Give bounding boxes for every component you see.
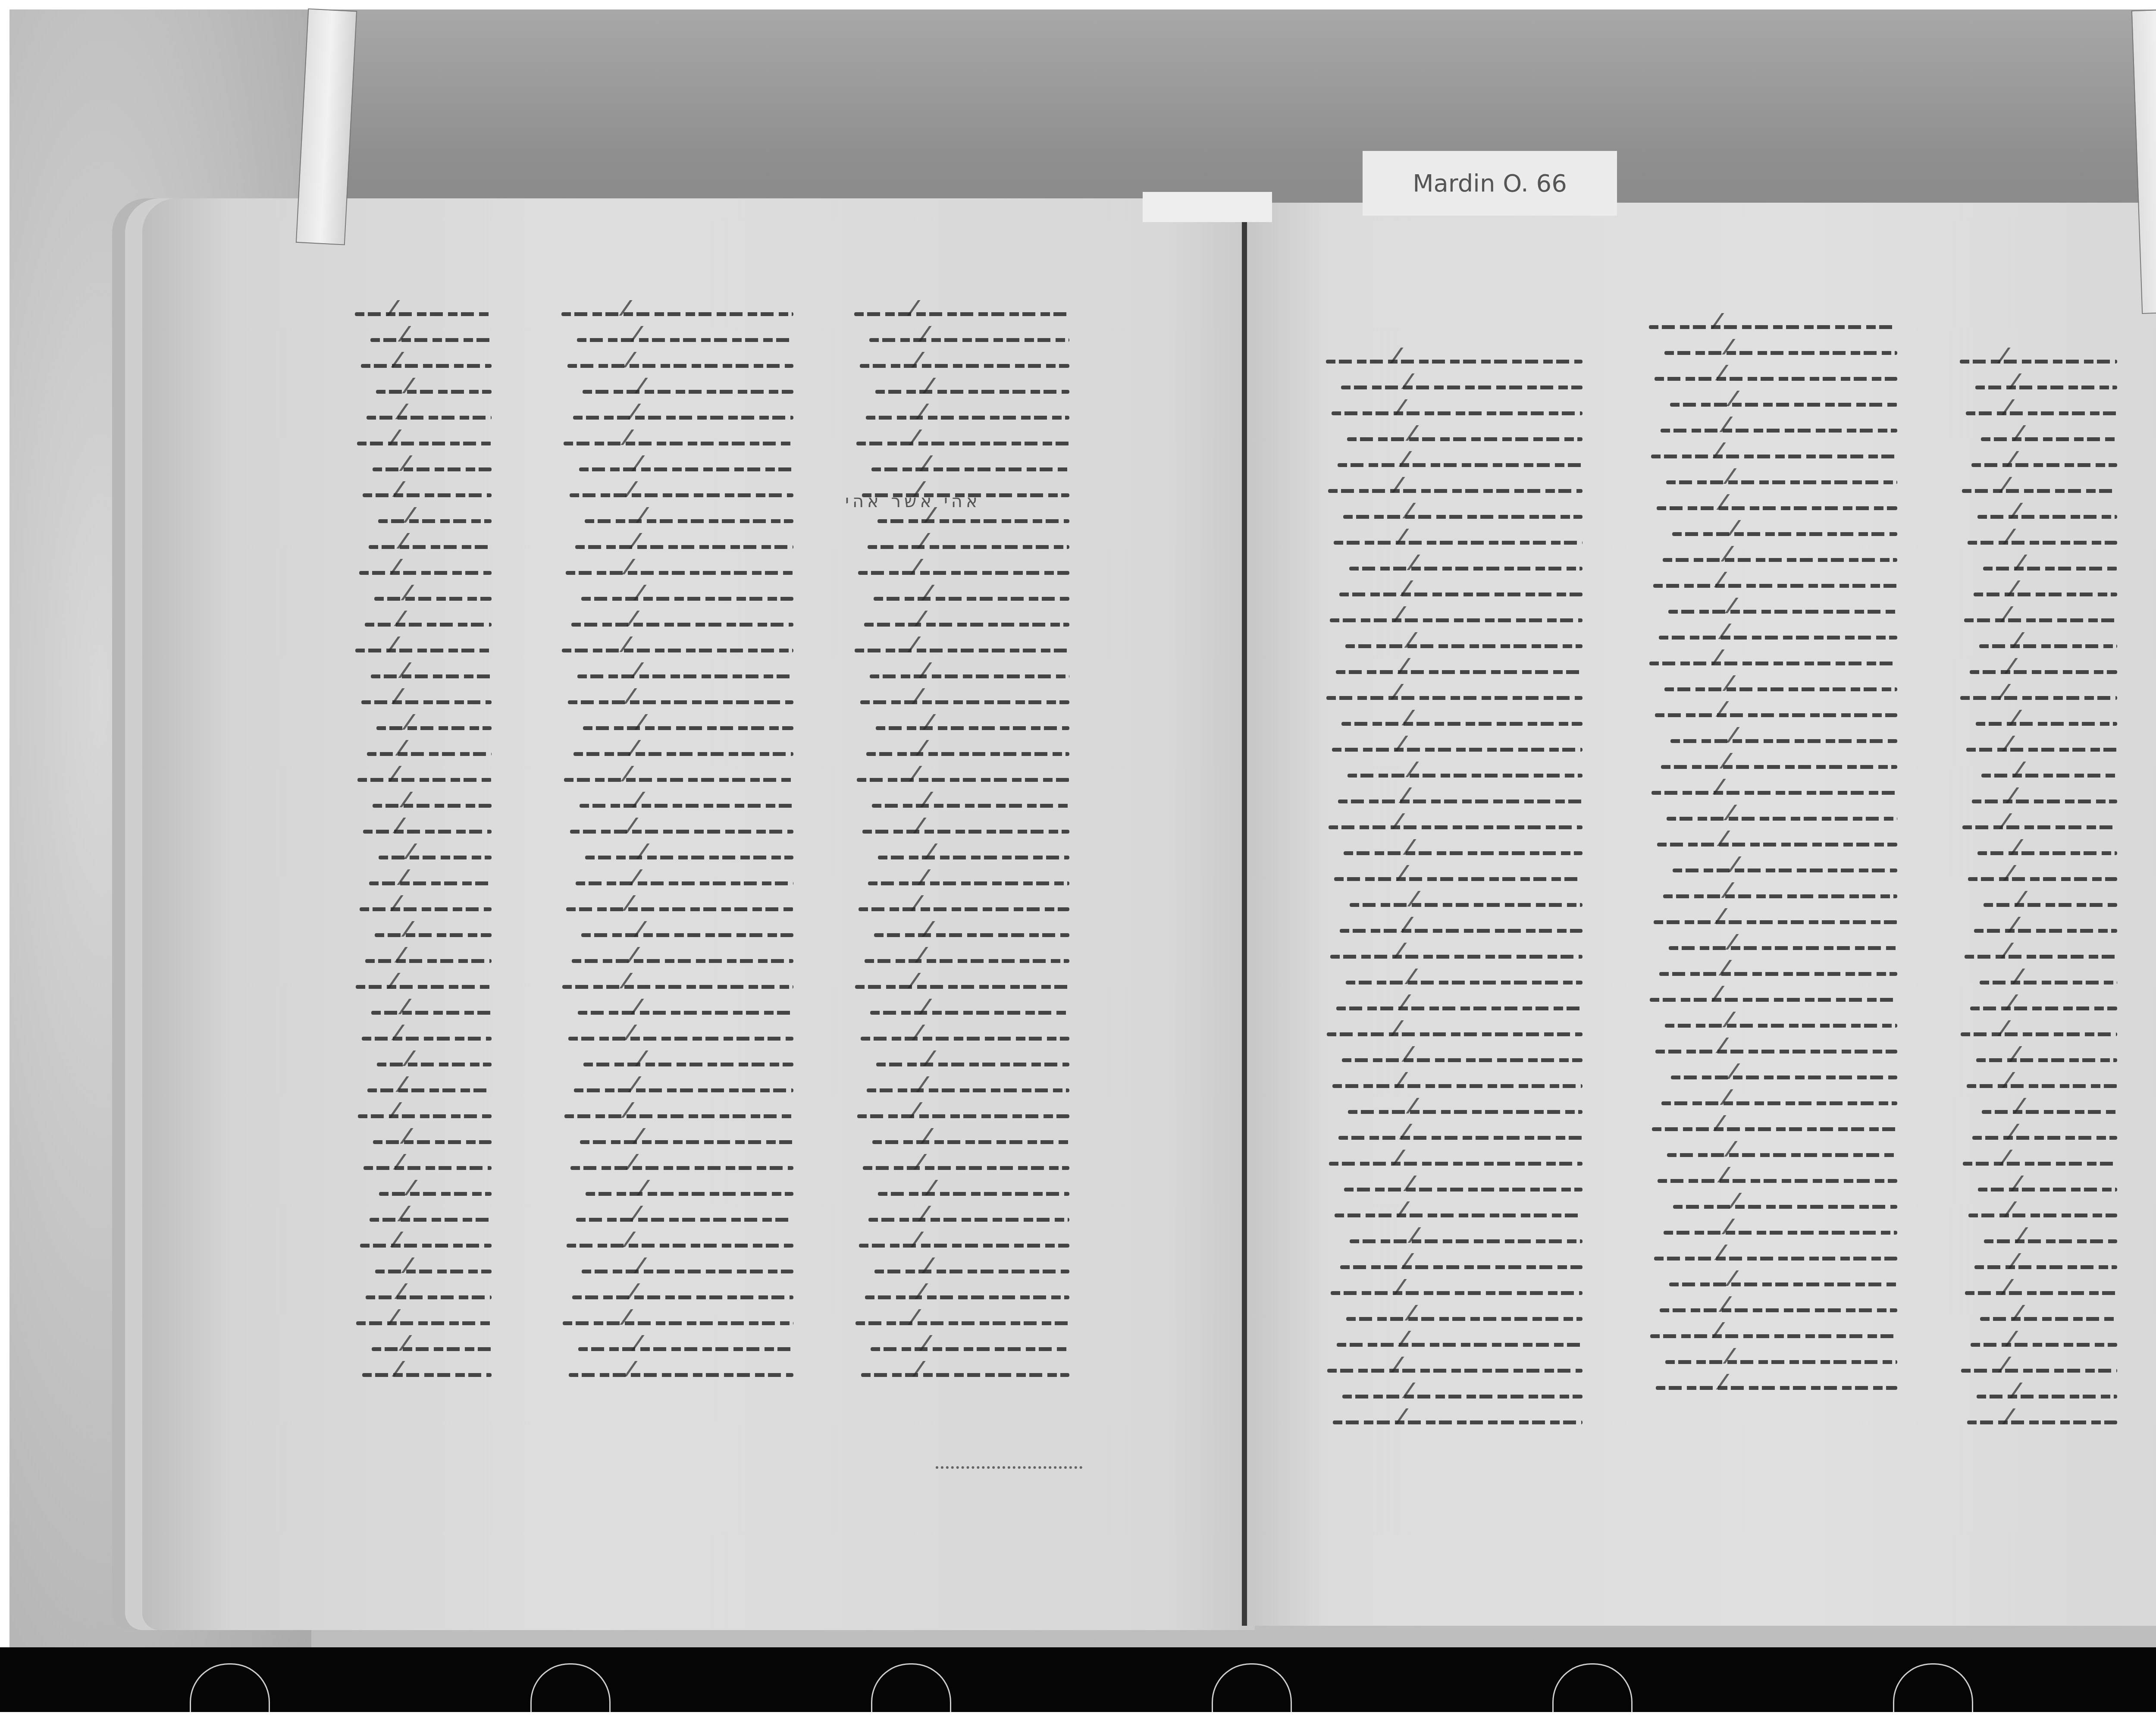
script-line	[563, 1281, 793, 1307]
script-line	[1334, 837, 1583, 862]
script-line	[1323, 526, 1583, 552]
photo-border	[0, 1712, 2156, 1734]
script-line	[357, 1358, 492, 1384]
script-line	[573, 1255, 793, 1281]
script-line	[1974, 1302, 2117, 1328]
script-line	[1975, 423, 2117, 448]
script-line	[557, 893, 793, 919]
script-line	[1324, 862, 1583, 888]
script-line	[372, 1048, 492, 1074]
script-line	[1969, 371, 2117, 397]
script-line	[564, 401, 793, 427]
script-line	[1333, 500, 1583, 526]
script-line	[1959, 1276, 2117, 1302]
script-line	[1962, 526, 2117, 552]
script-line	[1335, 630, 1583, 655]
script-line	[1977, 552, 2117, 578]
script-line	[552, 298, 793, 323]
script-line	[858, 737, 1069, 763]
script-line	[1958, 940, 2117, 966]
script-line	[863, 453, 1069, 479]
script-line	[352, 1100, 492, 1126]
script-line	[354, 1229, 492, 1255]
script-line	[1654, 1216, 1897, 1242]
script-line	[1964, 992, 2117, 1018]
script-line	[1651, 414, 1897, 440]
script-line	[859, 530, 1069, 556]
script-line	[1316, 681, 1583, 707]
script-line	[351, 1307, 492, 1333]
script-line	[552, 634, 793, 660]
right-page-column-3	[1953, 345, 2117, 1432]
script-line	[1968, 578, 2117, 604]
script-line	[868, 1048, 1069, 1074]
script-line	[1324, 1199, 1583, 1225]
paper-slip	[1143, 192, 1272, 222]
script-line	[355, 349, 492, 375]
script-line	[352, 763, 492, 789]
script-line	[1974, 966, 2117, 992]
left-page-column-1	[349, 298, 492, 1384]
script-line	[357, 479, 492, 505]
script-line	[1962, 1199, 2117, 1225]
script-line	[1639, 983, 1897, 1009]
script-line	[864, 1126, 1069, 1151]
shelfmark-text: Mardin O. 66	[1413, 169, 1567, 198]
script-line	[568, 323, 793, 349]
script-line	[1965, 448, 2117, 474]
script-line	[1643, 906, 1897, 931]
script-line	[577, 841, 793, 867]
script-line	[1340, 1225, 1583, 1251]
script-line	[360, 944, 492, 970]
script-line	[846, 634, 1069, 660]
script-line	[1326, 992, 1583, 1018]
script-line	[374, 841, 492, 867]
script-line	[1966, 785, 2117, 811]
script-line	[1972, 1173, 2117, 1199]
script-line	[1978, 888, 2117, 914]
script-line	[1319, 604, 1583, 630]
script-line	[559, 1022, 793, 1048]
script-line	[1661, 388, 1897, 414]
script-line	[374, 1177, 492, 1203]
script-line	[854, 1151, 1069, 1177]
script-line	[368, 789, 492, 815]
script-line	[571, 1126, 793, 1151]
script-line	[360, 608, 492, 634]
script-line	[1971, 1380, 2117, 1406]
script-line	[846, 1307, 1069, 1333]
script-line	[847, 427, 1069, 453]
script-line	[568, 660, 793, 686]
script-line	[1655, 1009, 1897, 1035]
script-line	[558, 349, 793, 375]
script-line	[848, 1100, 1069, 1126]
script-line	[1330, 1251, 1583, 1276]
script-line	[1326, 655, 1583, 681]
script-line	[1663, 854, 1897, 880]
script-line	[1661, 724, 1897, 750]
script-line	[555, 763, 793, 789]
script-line	[1660, 1268, 1897, 1294]
script-line	[565, 1074, 793, 1100]
script-line	[1641, 776, 1897, 802]
script-line	[1331, 371, 1583, 397]
script-line	[569, 1333, 793, 1358]
script-line	[567, 867, 793, 893]
script-line	[1329, 578, 1583, 604]
script-line	[1644, 1242, 1897, 1268]
script-line	[562, 608, 793, 634]
script-line	[1955, 1354, 2117, 1380]
script-line	[351, 427, 492, 453]
script-line	[1655, 673, 1897, 699]
script-line	[358, 815, 492, 841]
script-line	[368, 1126, 492, 1151]
script-line	[1338, 759, 1583, 785]
script-line	[852, 1358, 1069, 1384]
script-line	[1641, 440, 1897, 466]
script-line	[1322, 1406, 1583, 1432]
script-line	[868, 712, 1069, 737]
script-line	[1649, 621, 1897, 647]
script-line	[1960, 1069, 2117, 1095]
script-line	[861, 323, 1069, 349]
script-line	[1961, 1406, 2117, 1432]
script-line	[848, 763, 1069, 789]
script-line	[1639, 647, 1897, 673]
script-line	[856, 1281, 1069, 1307]
script-line	[851, 349, 1069, 375]
script-line	[1640, 1320, 1897, 1345]
script-line	[1955, 474, 2117, 500]
script-line	[1336, 1302, 1583, 1328]
script-line	[864, 789, 1069, 815]
script-line	[1651, 750, 1897, 776]
script-line	[860, 867, 1069, 893]
script-line	[1340, 888, 1583, 914]
script-line	[364, 1203, 492, 1229]
script-line	[1976, 759, 2117, 785]
script-line	[854, 815, 1069, 841]
script-line	[852, 686, 1069, 712]
script-line	[846, 970, 1069, 996]
script-line	[349, 298, 492, 323]
script-line	[367, 453, 492, 479]
script-line	[850, 1229, 1069, 1255]
script-line	[1656, 1345, 1897, 1371]
script-line	[1332, 707, 1583, 733]
script-line	[1661, 1061, 1897, 1087]
script-line	[553, 1307, 793, 1333]
script-line	[1959, 397, 2117, 423]
script-line	[365, 323, 492, 349]
script-line	[1954, 1018, 2117, 1044]
script-line	[1321, 397, 1583, 423]
script-line	[354, 556, 492, 582]
script-line	[366, 660, 492, 686]
script-line	[1647, 828, 1897, 854]
script-line	[350, 970, 492, 996]
sprocket-hole	[1212, 1663, 1292, 1712]
script-line	[1954, 681, 2117, 707]
sprocket-hole	[1893, 1663, 1973, 1712]
script-line	[1655, 336, 1897, 362]
script-line	[1978, 1225, 2117, 1251]
left-page-column-3	[845, 298, 1069, 1384]
script-line	[372, 712, 492, 737]
script-line	[567, 1203, 793, 1229]
script-line	[574, 712, 793, 737]
script-line	[1330, 914, 1583, 940]
script-line	[1647, 492, 1897, 517]
script-line	[1338, 1095, 1583, 1121]
script-line	[1318, 811, 1583, 837]
script-line	[1322, 1069, 1583, 1095]
script-line	[849, 556, 1069, 582]
left-page-column-2	[552, 298, 793, 1384]
book-gutter	[1242, 203, 1247, 1626]
script-line	[862, 996, 1069, 1022]
script-line	[1322, 733, 1583, 759]
script-line	[1962, 862, 2117, 888]
script-line	[573, 919, 793, 944]
script-line	[1316, 1018, 1583, 1044]
script-line	[1653, 880, 1897, 906]
script-line	[866, 919, 1069, 944]
script-line	[561, 815, 793, 841]
script-line	[1659, 595, 1897, 621]
script-line	[1318, 1147, 1583, 1173]
script-line	[1972, 837, 2117, 862]
script-line	[1664, 1190, 1897, 1216]
script-line	[566, 530, 793, 556]
script-line	[370, 1255, 492, 1281]
script-line	[559, 1358, 793, 1384]
script-line	[364, 530, 492, 556]
script-line	[370, 582, 492, 608]
script-line	[1956, 1147, 2117, 1173]
script-line	[870, 841, 1069, 867]
script-line	[560, 479, 793, 505]
script-line	[364, 867, 492, 893]
sprocket-hole	[190, 1663, 270, 1712]
script-line	[1645, 362, 1897, 388]
sprocket-hole	[530, 1663, 611, 1712]
script-line	[1968, 1251, 2117, 1276]
script-line	[373, 505, 492, 530]
script-line	[1336, 966, 1583, 992]
script-line	[1970, 1044, 2117, 1069]
script-line	[852, 1022, 1069, 1048]
script-line	[1960, 733, 2117, 759]
script-line	[361, 401, 492, 427]
script-line	[1646, 1371, 1897, 1397]
script-line	[858, 1074, 1069, 1100]
script-line	[554, 427, 793, 453]
script-line	[1958, 604, 2117, 630]
script-line	[845, 298, 1069, 323]
script-line	[569, 996, 793, 1022]
script-line	[1650, 1294, 1897, 1320]
script-line	[553, 970, 793, 996]
script-line	[570, 453, 793, 479]
script-line	[1334, 1173, 1583, 1199]
script-line	[1659, 931, 1897, 957]
script-line	[856, 608, 1069, 634]
script-line	[865, 582, 1069, 608]
shelfmark-label: Mardin O. 66	[1363, 151, 1617, 216]
script-line	[1645, 1035, 1897, 1061]
script-line	[857, 401, 1069, 427]
script-line	[1976, 1095, 2117, 1121]
script-line	[367, 1333, 492, 1358]
script-line	[1956, 811, 2117, 837]
script-line	[1651, 1087, 1897, 1113]
script-line	[1328, 1121, 1583, 1147]
script-line	[1966, 1121, 2117, 1147]
script-line	[856, 944, 1069, 970]
script-line	[862, 1333, 1069, 1358]
script-line	[1639, 310, 1897, 336]
script-line	[1643, 569, 1897, 595]
script-line	[1965, 1328, 2117, 1354]
script-line	[1332, 1044, 1583, 1069]
film-strip	[0, 1647, 2156, 1712]
script-line	[1657, 466, 1897, 492]
left-page: אהי אשר אהי	[142, 198, 1255, 1630]
script-line	[1337, 423, 1583, 448]
script-line	[1320, 1276, 1583, 1302]
script-line	[558, 686, 793, 712]
script-line	[350, 634, 492, 660]
script-line	[555, 1100, 793, 1126]
script-line	[557, 1229, 793, 1255]
script-line	[1971, 500, 2117, 526]
script-line	[860, 1203, 1069, 1229]
script-line	[362, 1074, 492, 1100]
script-line	[870, 1177, 1069, 1203]
script-line	[1317, 474, 1583, 500]
script-line	[1964, 655, 2117, 681]
script-line	[1315, 345, 1583, 371]
script-line	[1649, 957, 1897, 983]
script-line	[570, 789, 793, 815]
sprocket-hole	[1552, 1663, 1633, 1712]
script-line	[563, 944, 793, 970]
script-line	[1663, 517, 1897, 543]
script-line	[1970, 707, 2117, 733]
script-line	[866, 1255, 1069, 1281]
script-line	[564, 737, 793, 763]
script-line	[1339, 552, 1583, 578]
colophon-note	[936, 1466, 1082, 1508]
script-line	[370, 919, 492, 944]
script-line	[1968, 914, 2117, 940]
script-line	[1974, 630, 2117, 655]
script-line	[1642, 1113, 1897, 1138]
script-line	[1328, 785, 1583, 811]
script-line	[556, 556, 793, 582]
script-line	[576, 505, 793, 530]
script-line	[1326, 1328, 1583, 1354]
script-line	[1953, 345, 2117, 371]
script-line	[366, 996, 492, 1022]
script-line	[1316, 1354, 1583, 1380]
script-line	[1645, 699, 1897, 724]
script-line	[360, 1281, 492, 1307]
script-line	[1653, 543, 1897, 569]
right-page	[1242, 203, 2156, 1626]
script-line	[575, 1048, 793, 1074]
script-line	[362, 737, 492, 763]
sprocket-hole	[871, 1663, 951, 1712]
script-line	[574, 375, 793, 401]
script-line	[1658, 1138, 1897, 1164]
script-line	[869, 505, 1069, 530]
script-line	[572, 582, 793, 608]
right-page-column-1	[1315, 345, 1583, 1432]
script-line	[853, 479, 1069, 505]
script-line	[1648, 1164, 1897, 1190]
script-line	[356, 686, 492, 712]
script-line	[850, 893, 1069, 919]
script-line	[1332, 1380, 1583, 1406]
script-line	[354, 893, 492, 919]
script-line	[577, 1177, 793, 1203]
script-line	[862, 660, 1069, 686]
script-line	[1327, 448, 1583, 474]
script-line	[356, 1022, 492, 1048]
script-line	[358, 1151, 492, 1177]
script-line	[1657, 802, 1897, 828]
script-line	[561, 1151, 793, 1177]
script-line	[371, 375, 492, 401]
right-page-column-2	[1639, 310, 1897, 1397]
script-line	[867, 375, 1069, 401]
script-line	[1320, 940, 1583, 966]
